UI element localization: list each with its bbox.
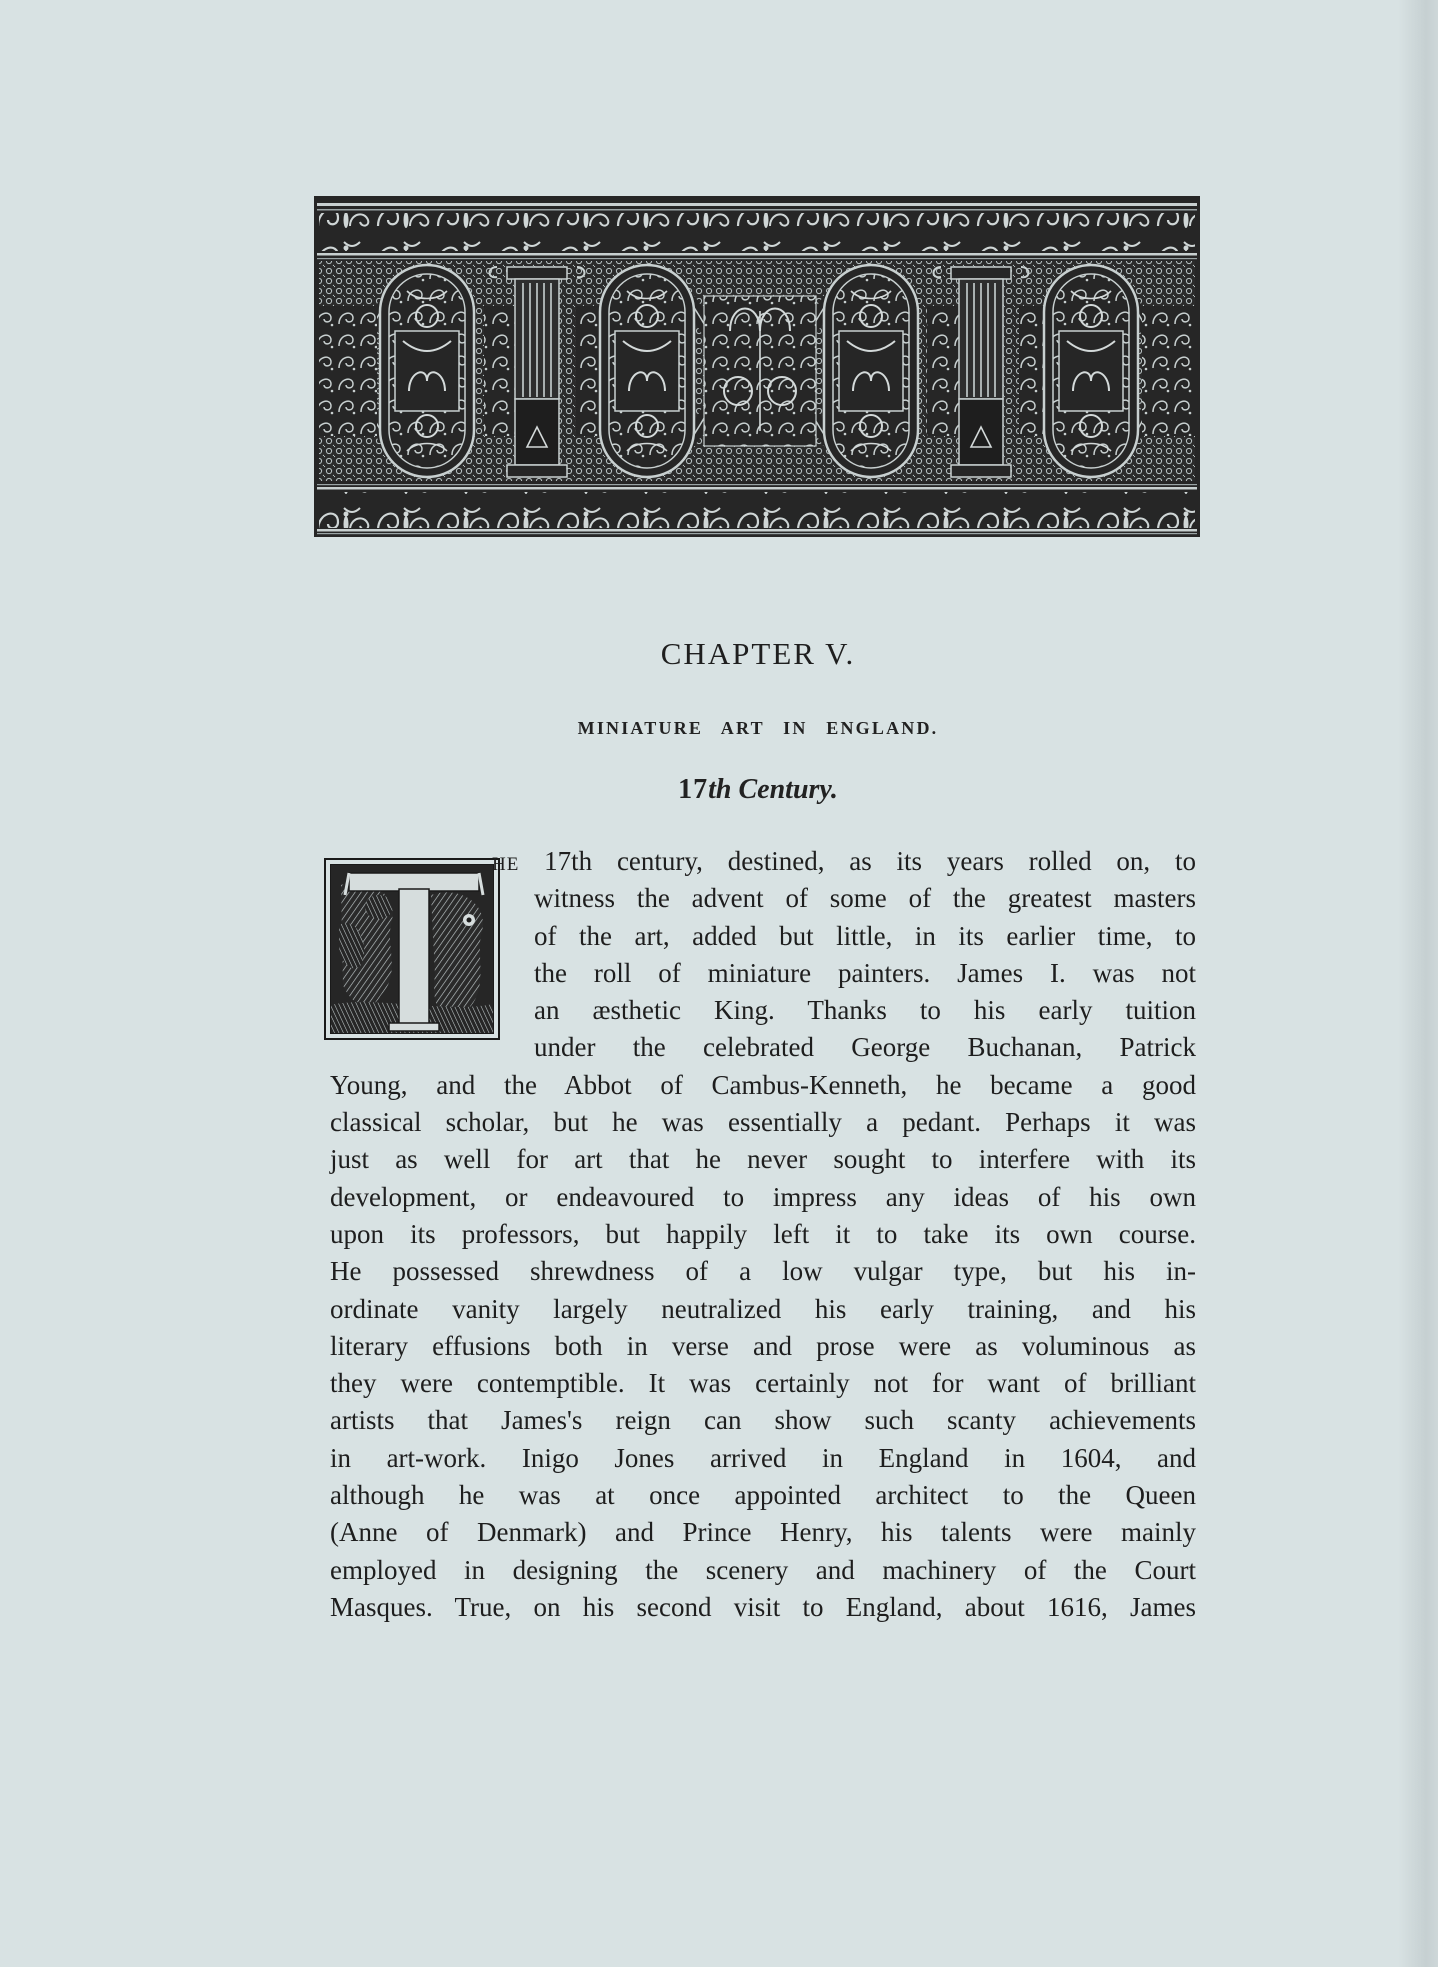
body-line: witness the advent of some of the greate… — [534, 880, 1196, 917]
body-line: employed in designing the scenery and ma… — [330, 1552, 1196, 1589]
century-label: th Century. — [708, 774, 838, 805]
body-line: development, or endeavoured to impress a… — [330, 1179, 1196, 1216]
body-line-text: 17th century, destined, as its years rol… — [519, 846, 1196, 876]
chapter-subtitle: MINIATURE ART IN ENGLAND. — [0, 718, 1438, 739]
body-line: Young, and the Abbot of Cambus-Kenneth, … — [330, 1067, 1196, 1104]
ornament-frieze-icon — [314, 196, 1200, 537]
body-line: under the celebrated George Buchanan, Pa… — [534, 1029, 1196, 1066]
body-line: the roll of miniature painters. James I.… — [534, 955, 1196, 992]
body-line: upon its professors, but happily left it… — [330, 1216, 1196, 1253]
body-line: artists that James's reign can show such… — [330, 1402, 1196, 1439]
page-edge-shadow — [1398, 0, 1438, 1967]
body-line: in art-work. Inigo Jones arrived in Engl… — [330, 1440, 1196, 1477]
body-line: Masques. True, on his second visit to En… — [330, 1589, 1196, 1626]
header-ornament-banner — [314, 196, 1200, 537]
body-line: just as well for art that he never sough… — [330, 1141, 1196, 1178]
body-paragraph: HE 17th century, destined, as its years … — [330, 843, 1196, 1626]
body-line: literary effusions both in verse and pro… — [330, 1328, 1196, 1365]
body-line: classical scholar, but he was essentiall… — [330, 1104, 1196, 1141]
century-number: 17 — [678, 774, 708, 805]
opening-smallcaps: HE — [492, 854, 519, 875]
chapter-title: CHAPTER V. — [0, 636, 1438, 672]
body-line: although he was at once appointed archit… — [330, 1477, 1196, 1514]
century-heading: 17th Century. — [0, 774, 1438, 806]
body-line: ordinate vanity largely neutralized his … — [330, 1291, 1196, 1328]
body-line: (Anne of Denmark) and Prince Henry, his … — [330, 1514, 1196, 1551]
body-line: they were contemptible. It was certainly… — [330, 1365, 1196, 1402]
body-line: an æsthetic King. Thanks to his early tu… — [534, 992, 1196, 1029]
body-line: HE 17th century, destined, as its years … — [492, 843, 1196, 880]
body-line: He possessed shrewdness of a low vulgar … — [330, 1253, 1196, 1290]
body-line: of the art, added but little, in its ear… — [534, 918, 1196, 955]
